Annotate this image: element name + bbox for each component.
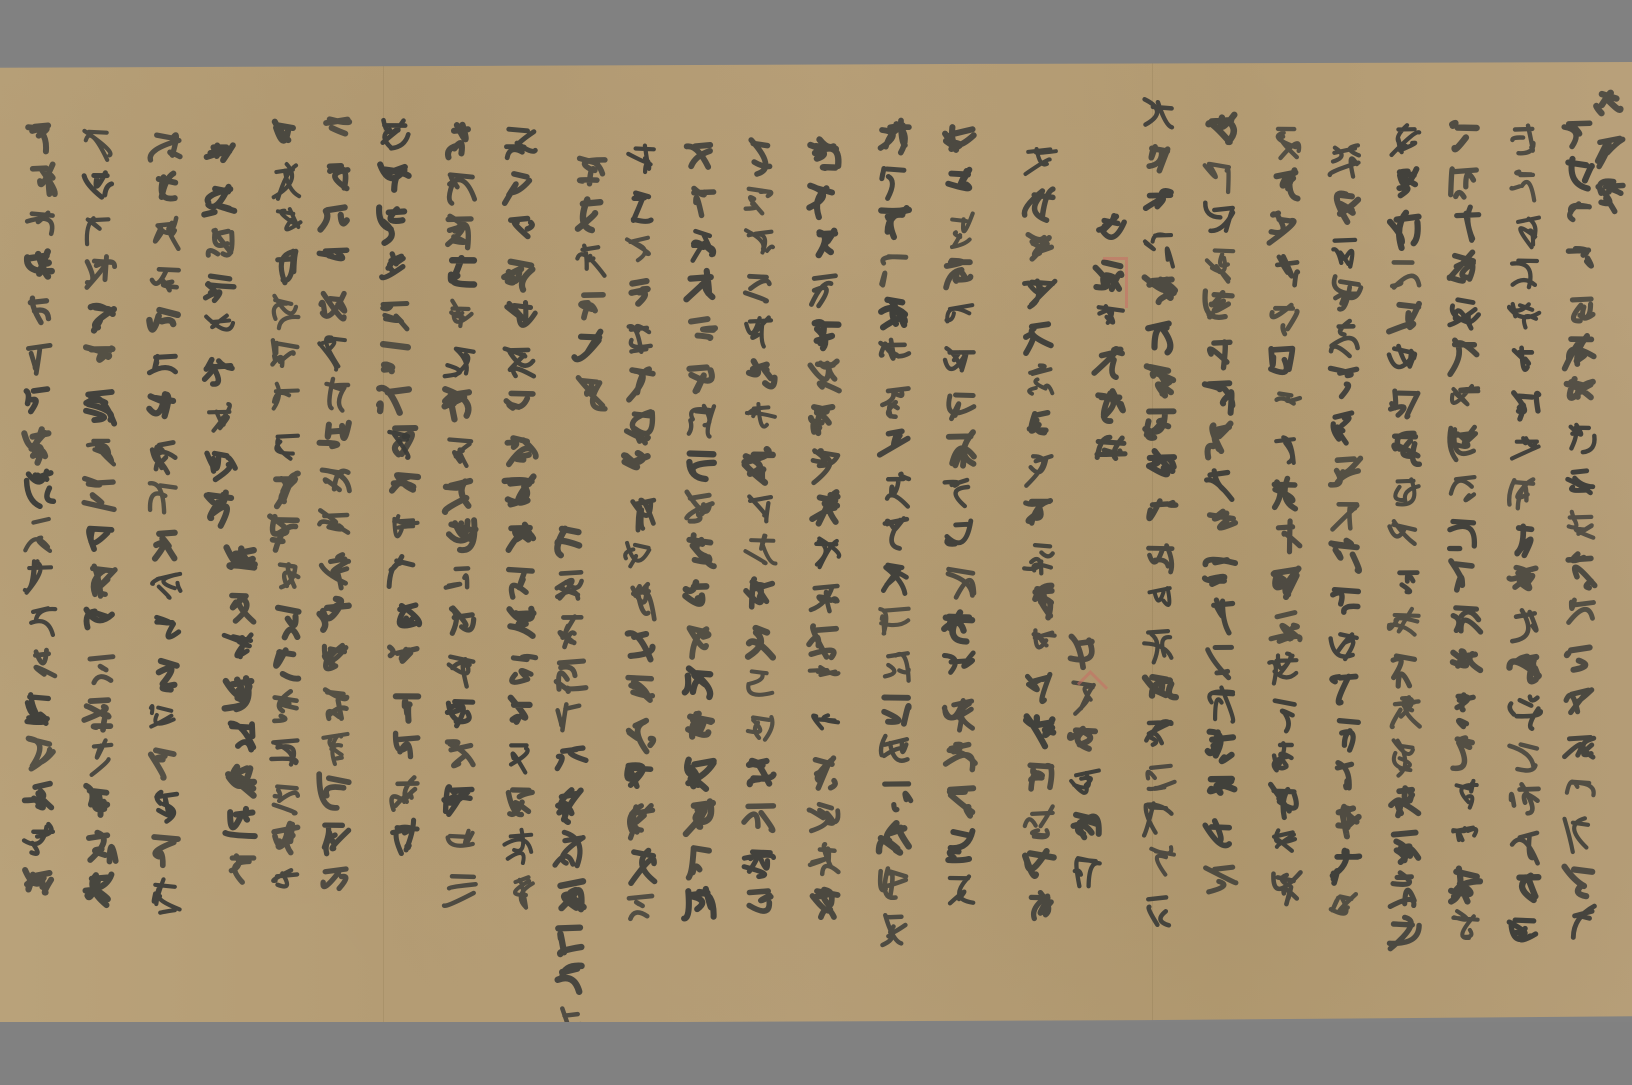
brush-character [143, 741, 187, 785]
brush-character [1323, 228, 1367, 272]
brush-character [618, 624, 662, 668]
brush-character [1138, 579, 1182, 623]
brush-character [198, 223, 242, 267]
brush-character [548, 784, 592, 828]
brush-character [548, 696, 592, 740]
brush-character [18, 863, 62, 907]
brush-character [873, 599, 917, 643]
brush-character [1138, 447, 1182, 491]
brush-character [938, 472, 982, 516]
brush-character [803, 795, 847, 839]
brush-character [143, 873, 187, 917]
brush-character [1383, 120, 1427, 164]
brush-character [263, 819, 307, 863]
brush-character [1383, 340, 1427, 384]
brush-character [678, 267, 722, 311]
brush-character [218, 760, 262, 804]
calligraphy-column [568, 150, 612, 414]
brush-character [383, 464, 427, 508]
brush-character [618, 844, 662, 888]
brush-character [678, 663, 722, 707]
brush-character [498, 296, 542, 340]
red-seal-mark [1103, 257, 1128, 308]
brush-character [738, 135, 782, 179]
brush-character [18, 335, 62, 379]
brush-character [873, 379, 917, 423]
brush-character [803, 487, 847, 531]
brush-character [568, 370, 612, 414]
brush-character [618, 668, 662, 712]
brush-character [438, 296, 482, 340]
brush-character [618, 404, 662, 448]
brush-character [18, 423, 62, 467]
brush-character [738, 575, 782, 619]
calligraphy-column [873, 115, 917, 951]
brush-character [218, 628, 262, 672]
brush-character [438, 120, 482, 164]
brush-character [1558, 682, 1602, 726]
brush-character [873, 511, 917, 555]
brush-character [803, 135, 847, 179]
brush-character [263, 467, 307, 511]
brush-character [938, 164, 982, 208]
brush-character [1198, 110, 1242, 154]
brush-character [1383, 560, 1427, 604]
brush-character [1383, 868, 1427, 912]
brush-character [1018, 492, 1062, 536]
brush-character [498, 208, 542, 252]
brush-character [1558, 286, 1602, 330]
brush-character [1088, 342, 1132, 386]
brush-character [438, 604, 482, 648]
brush-character [938, 736, 982, 780]
brush-character [1443, 203, 1487, 247]
brush-character [1138, 491, 1182, 535]
brush-character [313, 638, 357, 682]
brush-character [143, 345, 187, 389]
calligraphy-column [1198, 110, 1242, 902]
brush-character [263, 379, 307, 423]
brush-character [568, 238, 612, 282]
brush-character [1138, 667, 1182, 711]
brush-character [678, 575, 722, 619]
brush-character [1198, 594, 1242, 638]
brush-character [1138, 623, 1182, 667]
brush-character [1018, 580, 1062, 624]
brush-character [1503, 912, 1547, 956]
brush-character [738, 839, 782, 883]
brush-character [218, 540, 262, 584]
brush-character [78, 164, 122, 208]
brush-character [873, 731, 917, 775]
brush-character [873, 423, 917, 467]
brush-character [1263, 120, 1307, 164]
brush-character [678, 179, 722, 223]
brush-character [1323, 492, 1367, 536]
brush-character [1138, 315, 1182, 359]
brush-character [18, 291, 62, 335]
brush-character [1263, 736, 1307, 780]
brush-character [1063, 762, 1107, 806]
brush-character [938, 604, 982, 648]
brush-character [938, 560, 982, 604]
brush-character [1558, 770, 1602, 814]
brush-character [1383, 604, 1427, 648]
brush-character [198, 267, 242, 311]
brush-character [938, 252, 982, 296]
brush-character [1503, 692, 1547, 736]
brush-character [678, 707, 722, 751]
brush-character [1263, 604, 1307, 648]
brush-character [1088, 386, 1132, 430]
brush-character [78, 428, 122, 472]
brush-character [1503, 296, 1547, 340]
brush-character [803, 663, 847, 707]
brush-character [873, 467, 917, 511]
brush-character [738, 267, 782, 311]
brush-character [18, 731, 62, 775]
brush-character [383, 552, 427, 596]
brush-character [313, 858, 357, 902]
calligraphy-column [1383, 120, 1427, 956]
brush-character [1138, 711, 1182, 755]
brush-character [1018, 888, 1062, 932]
brush-character [498, 472, 542, 516]
brush-character [678, 223, 722, 267]
brush-character [18, 379, 62, 423]
brush-character [548, 520, 592, 564]
brush-character [938, 648, 982, 692]
brush-character [1063, 850, 1107, 894]
brush-character [873, 907, 917, 951]
calligraphy-column [313, 110, 357, 902]
brush-character [1063, 718, 1107, 762]
brush-character [1323, 712, 1367, 756]
brush-character [1063, 630, 1107, 674]
brush-character [78, 736, 122, 780]
brush-character [1558, 462, 1602, 506]
brush-character [1018, 800, 1062, 844]
brush-character [383, 728, 427, 772]
calligraphy-column [1323, 140, 1367, 932]
brush-character [313, 418, 357, 462]
brush-character [498, 780, 542, 824]
brush-character [198, 179, 242, 223]
brush-character [678, 839, 722, 883]
brush-character [1443, 599, 1487, 643]
brush-character [1263, 384, 1307, 428]
brush-character [1198, 462, 1242, 506]
brush-character [143, 257, 187, 301]
calligraphy-column [738, 135, 782, 927]
brush-character [1138, 799, 1182, 843]
brush-character [803, 443, 847, 487]
calligraphy-column [1138, 95, 1182, 931]
brush-character [78, 384, 122, 428]
brush-character [1198, 726, 1242, 770]
brush-character [263, 643, 307, 687]
calligraphy-column [1018, 140, 1062, 932]
brush-character [618, 756, 662, 800]
brush-character [678, 399, 722, 443]
brush-character [678, 883, 722, 927]
brush-character [1198, 154, 1242, 198]
brush-character [373, 115, 417, 159]
brush-character [678, 135, 722, 179]
brush-character [78, 780, 122, 824]
brush-character [1503, 252, 1547, 296]
brush-character [438, 340, 482, 384]
brush-character [873, 687, 917, 731]
brush-character [1503, 428, 1547, 472]
brush-character [1263, 560, 1307, 604]
brush-character [1443, 291, 1487, 335]
calligraphy-column [1503, 120, 1547, 956]
brush-character [263, 203, 307, 247]
brush-character [198, 135, 242, 179]
brush-character [618, 536, 662, 580]
brush-character [1503, 780, 1547, 824]
brush-character [1138, 227, 1182, 271]
brush-character [1138, 139, 1182, 183]
brush-character [143, 169, 187, 213]
brush-character [678, 531, 722, 575]
brush-character [1263, 164, 1307, 208]
brush-character [1503, 472, 1547, 516]
brush-character [1138, 535, 1182, 579]
brush-character [1263, 340, 1307, 384]
brush-character [143, 785, 187, 829]
brush-character [438, 384, 482, 428]
brush-character [78, 560, 122, 604]
brush-character [1323, 756, 1367, 800]
brush-character [1323, 536, 1367, 580]
brush-character [438, 428, 482, 472]
brush-character [1198, 242, 1242, 286]
brush-character [738, 531, 782, 575]
brush-character [938, 516, 982, 560]
brush-character [438, 648, 482, 692]
brush-character [1263, 428, 1307, 472]
brush-character [938, 692, 982, 736]
brush-character [568, 150, 612, 194]
brush-character [498, 648, 542, 692]
brush-character [313, 506, 357, 550]
brush-character [373, 379, 417, 423]
brush-character [1383, 912, 1427, 956]
brush-character [438, 516, 482, 560]
brush-character [1198, 638, 1242, 682]
brush-character [313, 770, 357, 814]
brush-character [618, 492, 662, 536]
brush-character [1443, 335, 1487, 379]
brush-character [1443, 467, 1487, 511]
brush-character [738, 883, 782, 927]
brush-character [373, 203, 417, 247]
brush-character [1383, 208, 1427, 252]
brush-character [383, 816, 427, 860]
brush-character [498, 560, 542, 604]
brush-character [618, 184, 662, 228]
brush-character [1263, 516, 1307, 560]
brush-character [1323, 272, 1367, 316]
brush-character [78, 824, 122, 868]
brush-character [263, 115, 307, 159]
brush-character [1558, 330, 1602, 374]
brush-character [438, 824, 482, 868]
brush-character [803, 179, 847, 223]
brush-character [1138, 403, 1182, 447]
brush-character [1198, 814, 1242, 858]
brush-character [678, 311, 722, 355]
brush-character [1558, 242, 1602, 286]
brush-character [78, 120, 122, 164]
brush-character [548, 740, 592, 784]
brush-character [1323, 184, 1367, 228]
brush-character [18, 467, 62, 511]
brush-character [143, 829, 187, 873]
brush-character [803, 399, 847, 443]
brush-character [938, 208, 982, 252]
brush-character [498, 604, 542, 648]
brush-character [313, 682, 357, 726]
brush-character [803, 355, 847, 399]
brush-character [1263, 252, 1307, 296]
brush-character [1383, 296, 1427, 340]
brush-character [1558, 594, 1602, 638]
brush-character [498, 692, 542, 736]
brush-character [18, 599, 62, 643]
brush-character [1443, 907, 1487, 951]
brush-character [143, 433, 187, 477]
brush-character [738, 663, 782, 707]
brush-character [738, 223, 782, 267]
brush-character [383, 640, 427, 684]
brush-character [1503, 560, 1547, 604]
brush-character [738, 443, 782, 487]
brush-character [218, 716, 262, 760]
brush-character [78, 604, 122, 648]
brush-character [1263, 780, 1307, 824]
brush-character [548, 608, 592, 652]
brush-character [1558, 506, 1602, 550]
brush-character [373, 159, 417, 203]
brush-character [1018, 624, 1062, 668]
brush-character [1138, 183, 1182, 227]
brush-character [198, 487, 242, 531]
calligraphy-column [263, 115, 307, 907]
brush-character [143, 565, 187, 609]
brush-character [198, 443, 242, 487]
calligraphy-column [383, 420, 427, 860]
brush-character [313, 594, 357, 638]
brush-character [78, 472, 122, 516]
brush-character [1383, 252, 1427, 296]
brush-character [1503, 164, 1547, 208]
brush-character [313, 242, 357, 286]
brush-character [263, 863, 307, 907]
brush-character [143, 125, 187, 169]
brush-character [1383, 428, 1427, 472]
brush-character [498, 824, 542, 868]
calligraphy-column [1558, 110, 1602, 946]
calligraphy-column [938, 120, 982, 912]
brush-character [1198, 858, 1242, 902]
brush-character [218, 848, 262, 892]
brush-character [218, 672, 262, 716]
brush-character [373, 247, 417, 291]
brush-character [143, 301, 187, 345]
brush-character [738, 487, 782, 531]
brush-character [1263, 208, 1307, 252]
brush-character [738, 399, 782, 443]
brush-character [1323, 316, 1367, 360]
brush-character [313, 462, 357, 506]
brush-character [1558, 902, 1602, 946]
brush-character [18, 247, 62, 291]
brush-character [313, 154, 357, 198]
brush-character [1323, 844, 1367, 888]
brush-character [1018, 668, 1062, 712]
brush-character [678, 795, 722, 839]
brush-character [618, 448, 662, 492]
brush-character [498, 428, 542, 472]
brush-character [1018, 228, 1062, 272]
brush-character [1383, 780, 1427, 824]
brush-character [373, 291, 417, 335]
brush-character [198, 399, 242, 443]
brush-character [803, 267, 847, 311]
brush-character [438, 208, 482, 252]
brush-character [1443, 247, 1487, 291]
brush-character [18, 687, 62, 731]
brush-character [313, 286, 357, 330]
brush-character [143, 213, 187, 257]
brush-character [313, 330, 357, 374]
brush-character [803, 883, 847, 927]
brush-character [438, 736, 482, 780]
brush-character [313, 814, 357, 858]
brush-character [938, 296, 982, 340]
brush-character [678, 443, 722, 487]
brush-character [438, 472, 482, 516]
brush-character [938, 824, 982, 868]
brush-character [1443, 379, 1487, 423]
brush-character [938, 780, 982, 824]
brush-character [1383, 516, 1427, 560]
brush-character [1558, 154, 1602, 198]
brush-character [263, 335, 307, 379]
brush-character [1138, 755, 1182, 799]
brush-character [78, 648, 122, 692]
calligraphy-column [143, 125, 187, 917]
brush-character [873, 247, 917, 291]
brush-character [383, 420, 427, 464]
brush-character [1018, 756, 1062, 800]
brush-character [263, 599, 307, 643]
brush-character [1558, 858, 1602, 902]
brush-character [1558, 726, 1602, 770]
brush-character [678, 355, 722, 399]
brush-character [1263, 472, 1307, 516]
brush-character [1018, 844, 1062, 888]
brush-character [263, 159, 307, 203]
brush-character [1263, 648, 1307, 692]
scroll-paper [0, 62, 1632, 1024]
brush-character [498, 868, 542, 912]
brush-character [678, 619, 722, 663]
brush-character [568, 282, 612, 326]
